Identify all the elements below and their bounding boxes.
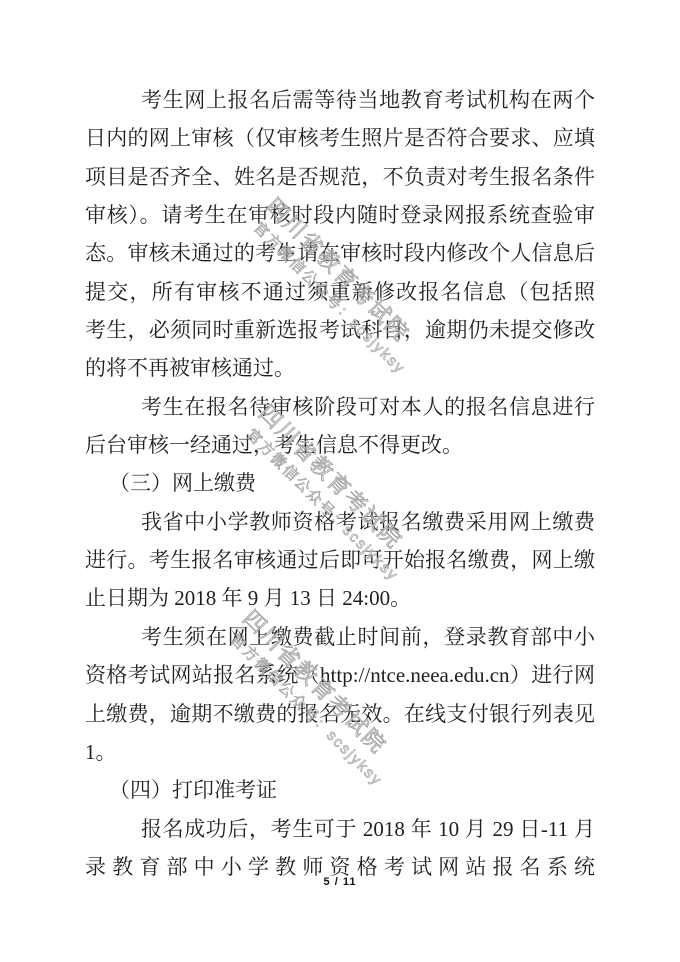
text-line: 后台审核一经通过，考生信息不得更改。 xyxy=(85,426,595,464)
paragraph: 考生在报名待审核阶段可对本人的报名信息进行修改，后台审核一经通过，考生信息不得更… xyxy=(85,388,595,465)
text-line: 止日期为 2018 年 9 月 13 日 24:00。 xyxy=(85,579,595,617)
text-line: 考生在报名待审核阶段可对本人的报名信息进行修改， xyxy=(85,388,595,426)
text-line: 考生，必须同时重新选报考试科目，逾期仍未提交修改信息 xyxy=(85,311,595,349)
text-line: 考生须在网上缴费截止时间前，登录教育部中小学教师 xyxy=(85,618,595,656)
text-line: 资格考试网站报名系统（http://ntce.neea.edu.cn）进行网 xyxy=(85,656,595,694)
text-line: （四）打印准考证 xyxy=(85,771,595,809)
page-number: 5 / 11 xyxy=(0,876,680,888)
paragraph: 考生网上报名后需等待当地教育考试机构在两个工作日内的网上审核（仅审核考生照片是否… xyxy=(85,81,595,388)
text-line: 我省中小学教师资格考试报名缴费采用网上缴费方式 xyxy=(85,503,595,541)
text-line: 提交，所有审核不通过须重新修改报名信息（包括照片）的 xyxy=(85,273,595,311)
text-line: 日内的网上审核（仅审核考生照片是否符合要求、应填报的 xyxy=(85,119,595,157)
paragraph: 考生须在网上缴费截止时间前，登录教育部中小学教师资格考试网站报名系统（http:… xyxy=(85,618,595,771)
section-heading: （三）网上缴费 xyxy=(85,464,595,502)
document-body: 考生网上报名后需等待当地教育考试机构在两个工作日内的网上审核（仅审核考生照片是否… xyxy=(85,81,595,886)
text-line: 上缴费，逾期不缴费的报名无效。在线支付银行列表见附件 xyxy=(85,695,595,733)
paragraph: 报名成功后，考生可于 2018 年 10 月 29 日-11 月 3 日登录教育… xyxy=(85,810,595,887)
text-line: 考生网上报名后需等待当地教育考试机构在两个工作 xyxy=(85,81,595,119)
text-line: 进行。考生报名审核通过后即可开始报名缴费，网上缴费截 xyxy=(85,541,595,579)
text-line: 项目是否齐全、姓名是否规范，不负责对考生报名条件进行 xyxy=(85,158,595,196)
text-line: 态。审核未通过的考生请在审核时段内修改个人信息后再次 xyxy=(85,234,595,272)
text-line: （三）网上缴费 xyxy=(85,464,595,502)
paragraph: 我省中小学教师资格考试报名缴费采用网上缴费方式进行。考生报名审核通过后即可开始报… xyxy=(85,503,595,618)
text-line: 的将不再被审核通过。 xyxy=(85,349,595,387)
text-line: 报名成功后，考生可于 2018 年 10 月 29 日-11 月 3 日登 xyxy=(85,810,595,848)
text-line: 审核）。请考生在审核时段内随时登录网报系统查验审核状 xyxy=(85,196,595,234)
document-page: 考生网上报名后需等待当地教育考试机构在两个工作日内的网上审核（仅审核考生照片是否… xyxy=(0,0,680,962)
section-heading: （四）打印准考证 xyxy=(85,771,595,809)
text-line: 1。 xyxy=(85,733,595,771)
